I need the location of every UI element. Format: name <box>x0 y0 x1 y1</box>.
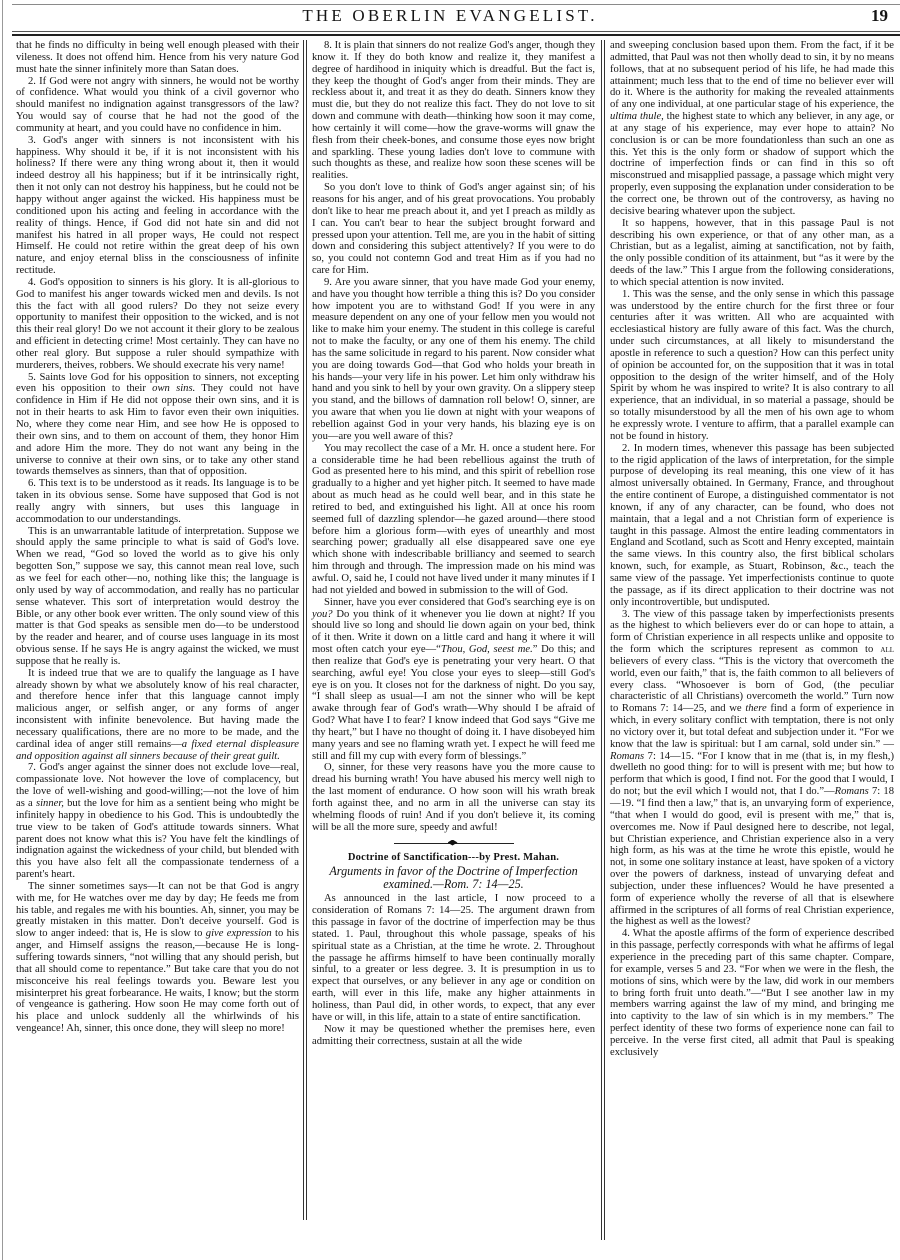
header-rule-thick <box>12 34 900 36</box>
paragraph: 9. Are you aware sinner, that you have m… <box>312 277 595 443</box>
paragraph: that he finds no difficulty in being wel… <box>16 40 299 76</box>
column-rule-2b <box>604 40 605 1240</box>
paragraph: 8. It is plain that sinners do not reali… <box>312 40 595 182</box>
paragraph: 3. God's anger with sinners is not incon… <box>16 135 299 277</box>
column-1: that he finds no difficulty in being wel… <box>16 40 299 1035</box>
paragraph: It so happens, however, that in this pas… <box>610 218 894 289</box>
paragraph: 1. This was the sense, and the only sens… <box>610 289 894 443</box>
header-rule-thin <box>12 31 900 32</box>
column-rule-2 <box>601 40 602 1240</box>
column-rule-1b <box>306 40 307 1220</box>
top-rule <box>12 4 900 5</box>
paragraph: Now it may be questioned whether the pre… <box>312 1024 595 1048</box>
column-2: 8. It is plain that sinners do not reali… <box>312 40 595 1047</box>
article-subtitle: Arguments in favor of the Doctrine of Im… <box>312 865 595 890</box>
paragraph: 4. What the apostle affirms of the form … <box>610 928 894 1058</box>
paragraph: 7. God's anger against the sinner does n… <box>16 762 299 880</box>
paragraph: It is indeed true that we are to qualify… <box>16 668 299 763</box>
masthead-title: THE OBERLIN EVANGELIST. <box>0 6 900 28</box>
paragraph: Sinner, have you ever considered that Go… <box>312 597 595 763</box>
paragraph: The sinner sometimes says—It can not be … <box>16 881 299 1035</box>
page-number: 19 <box>871 6 888 26</box>
paragraph: 2. If God were not angry with sinners, h… <box>16 76 299 135</box>
paragraph: 5. Saints love God for his opposition to… <box>16 372 299 479</box>
paragraph: So you don't love to think of God's ange… <box>312 182 595 277</box>
article-title: Doctrine of Sanctification---by Prest. M… <box>312 852 595 864</box>
section-divider-ornament <box>394 841 514 847</box>
paragraph: 2. In modern times, whenever this passag… <box>610 443 894 609</box>
page-edge-rule <box>2 0 3 1260</box>
paragraph: 6. This text is to be understood as it r… <box>16 478 299 525</box>
paragraph: This is an unwarrantable latitude of int… <box>16 526 299 668</box>
paragraph: and sweeping conclusion based upon them.… <box>610 40 894 218</box>
column-rule-1 <box>303 40 304 1220</box>
paragraph: As announced in the last article, I now … <box>312 893 595 1023</box>
paragraph: You may recollect the case of a Mr. H. o… <box>312 443 595 597</box>
paragraph: O, sinner, for these very reasons have y… <box>312 762 595 833</box>
paragraph: 3. The view of this passage taken by imp… <box>610 609 894 929</box>
diamond-ornament-icon <box>448 840 458 846</box>
paragraph: 4. God's opposition to sinners is his gl… <box>16 277 299 372</box>
column-3: and sweeping conclusion based upon them.… <box>610 40 894 1059</box>
